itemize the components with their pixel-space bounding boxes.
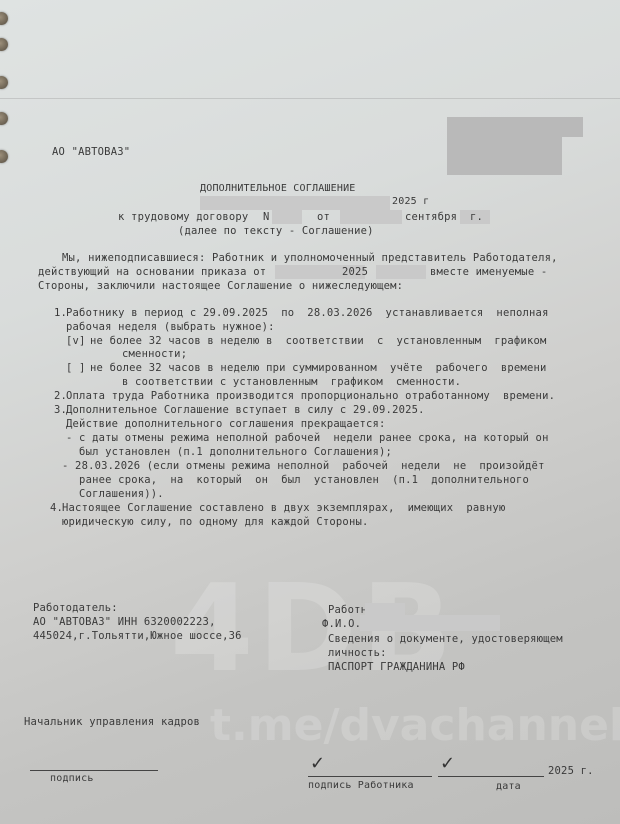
clause-3-text: Действие дополнительного соглашения прек… [66,418,386,430]
employee-doc-label: Сведения о документе, удостоверяющем [328,633,563,645]
employee-name-label: Ф.И.О. [322,618,361,630]
punch-hole [0,150,8,163]
option-1-checkbox[interactable]: [v] [66,335,86,347]
document-title: ДОПОЛНИТЕЛЬНОЕ СОГЛАШЕНИЕ [200,183,356,194]
option-2-text: не более 32 часов в неделю при суммирова… [90,362,547,374]
contract-from-label: от [317,211,330,223]
redaction-contract-number [272,210,302,224]
contract-ref-prefix: к трудовому договору [118,211,248,223]
clause-3-bullet: ранее срока, на который он был установле… [66,474,529,486]
redaction-block [447,117,583,137]
punch-hole [0,38,8,51]
employee-signature-line[interactable] [308,776,432,777]
punch-hole [0,112,8,125]
preamble-line-1: Мы, нижеподписавшиеся: Работник и уполно… [62,252,558,264]
clause-3-bullet: - 28.03.2026 (если отмены режима неполно… [62,460,545,472]
employer-line-1: АО "АВТОВАЗ" ИНН 6320002223, [33,616,216,628]
date-line[interactable] [438,776,544,777]
check-mark-icon: ✓ [310,753,325,774]
clause-3-bullet: был установлен (п.1 дополнительного Согл… [66,446,392,458]
hr-position: Начальник управления кадров [24,716,200,728]
preamble-order-prefix: действующий на основании приказа от [38,266,266,278]
check-mark-icon: ✓ [440,753,455,774]
preamble-order-year: 2025 [342,266,368,278]
contract-year-suffix: г. [470,211,483,223]
redaction-block [447,137,562,175]
employee-doc-value: ПАСПОРТ ГРАЖДАНИНА РФ [328,661,465,673]
preamble-line-3: Стороны, заключили настоящее Соглашение … [38,280,403,292]
date-caption: дата [496,781,521,792]
punch-hole [0,12,8,25]
subtitle-note: (далее по тексту - Соглашение) [178,225,374,237]
document-page: 4DB t.me/dvachannel АО "АВТОВАЗ" ДОПОЛНИ… [0,0,620,824]
redaction-employee-name [360,615,500,631]
clause-1-text: Работнику в период с 29.09.2025 по 28.03… [66,307,549,319]
option-1-text: не более 32 часов в неделю в соответстви… [90,335,547,347]
clause-2-text: Оплата труда Работника производится проп… [66,390,555,402]
watermark-url: t.me/dvachannel [210,700,620,751]
clause-3-text: Дополнительное Соглашение вступает в сил… [66,404,425,416]
clause-4-text: юридическую силу, по одному для каждой С… [62,516,369,528]
employer-line-2: 445024,г.Тольятти,Южное шоссе,36 [33,630,242,642]
company-header: АО "АВТОВАЗ" [52,146,130,158]
clause-1-text: рабочая неделя (выбрать нужное): [66,321,275,333]
clause-4-text: Настоящее Соглашение составлено в двух э… [62,502,505,514]
punch-hole [0,76,8,89]
contract-month: сентября [405,211,457,223]
employee-doc-label: личность: [328,647,387,659]
clause-3-bullet: Соглашения)). [66,488,164,500]
title-date-suffix: 2025 г [392,196,429,207]
option-1-text: сменности; [122,348,187,360]
employer-signature-caption: подпись [50,773,94,784]
preamble-order-suffix: вместе именуемые - [430,266,547,278]
redaction-employee-label [365,603,405,615]
option-2-checkbox[interactable]: [ ] [66,362,86,374]
redaction-contract-day [340,210,402,224]
option-2-text: в соответствии с установленным графиком … [122,376,461,388]
employee-signature-caption: подпись Работника [308,780,414,791]
clause-3-bullet: - с даты отмены режима неполной рабочей … [66,432,549,444]
contract-number-label: N [263,211,270,223]
employer-signature-line[interactable] [30,770,158,771]
paper-fold [0,98,620,99]
date-year-suffix: 2025 г. [548,765,594,777]
employer-label: Работодатель: [33,602,118,614]
redaction-order-number [376,265,426,279]
redaction-date [200,196,390,210]
